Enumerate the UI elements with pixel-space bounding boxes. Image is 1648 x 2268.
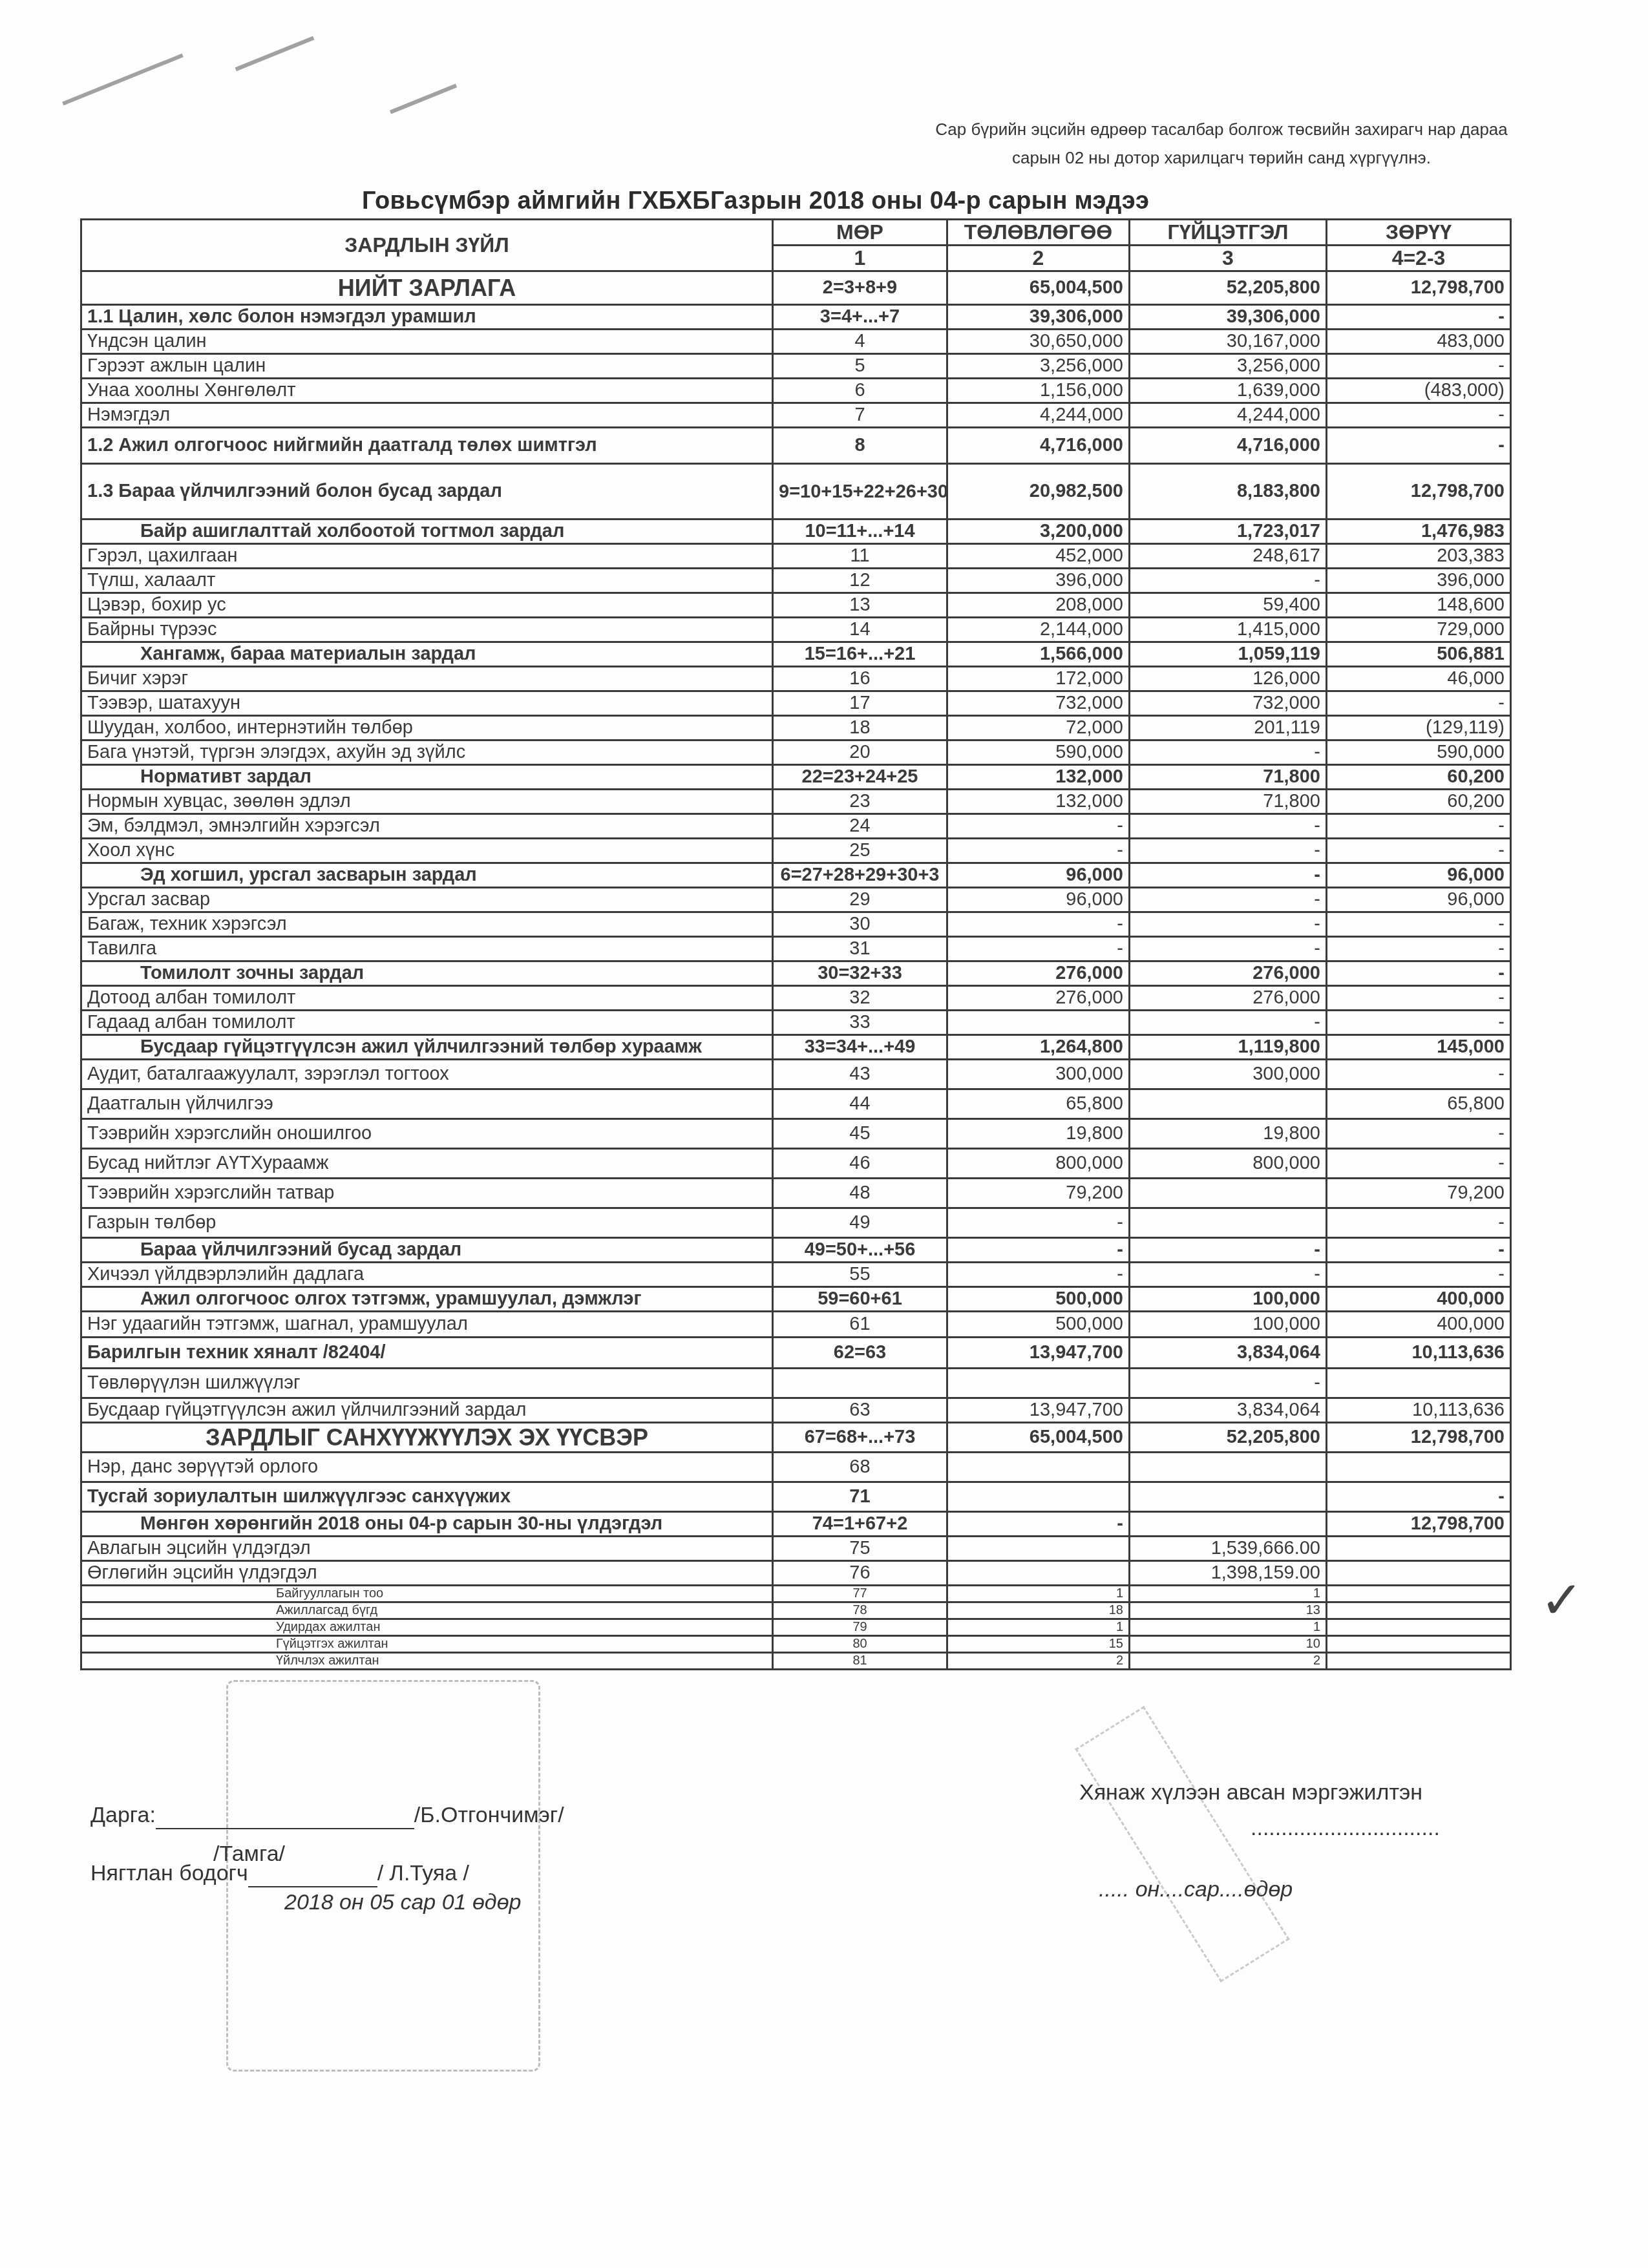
- actual-value: 100,000: [1130, 1287, 1327, 1312]
- plan-value: 72,000: [947, 716, 1130, 740]
- row-number: 6: [773, 379, 947, 403]
- table-row: Түлш, халаалт12396,000-396,000: [81, 569, 1511, 593]
- actual-value: 3,834,064: [1130, 1398, 1327, 1423]
- plan-value: 396,000: [947, 569, 1130, 593]
- table-row: Хангамж, бараа материалын зардал15=16+..…: [81, 642, 1511, 667]
- plan-value: 500,000: [947, 1287, 1130, 1312]
- table-row: Унаа хоолны Хөнгөлөлт61,156,0001,639,000…: [81, 379, 1511, 403]
- received-stamp: [1075, 1706, 1290, 1982]
- row-number: 25: [773, 839, 947, 863]
- plan-value: 732,000: [947, 691, 1130, 716]
- diff-value: 400,000: [1327, 1312, 1511, 1338]
- table-row: Барилгын техник хяналт /82404/62=6313,94…: [81, 1338, 1511, 1369]
- table-row: Тээврийн хэрэгслийн оношилгоо4519,80019,…: [81, 1119, 1511, 1149]
- plan-value: -: [947, 839, 1130, 863]
- row-name: Нормын хувцас, зөөлөн эдлэл: [81, 790, 773, 814]
- table-row: Газрын төлбөр49--: [81, 1208, 1511, 1238]
- actual-value: 1,059,119: [1130, 642, 1327, 667]
- plan-value: -: [947, 1263, 1130, 1287]
- row-name: Багаж, техник хэрэгсэл: [81, 912, 773, 937]
- submission-note: Сар бүрийн эцсийн өдрөөр тасалбар болгож…: [931, 115, 1512, 172]
- plan-value: 4,244,000: [947, 403, 1130, 428]
- diff-value: [1327, 1561, 1511, 1586]
- row-name: Тусгай зориулалтын шилжүүлгээс санхүүжих: [81, 1482, 773, 1512]
- row-name: Бичиг хэрэг: [81, 667, 773, 691]
- row-number: 30: [773, 912, 947, 937]
- plan-value: 79,200: [947, 1179, 1130, 1208]
- plan-value: 276,000: [947, 986, 1130, 1011]
- row-number: 24: [773, 814, 947, 839]
- row-number: 59=60+61: [773, 1287, 947, 1312]
- diff-value: 396,000: [1327, 569, 1511, 593]
- staff-name: Ажиллагсад бүгд: [81, 1602, 773, 1619]
- reviewer-signature-line: ...............................: [1251, 1816, 1440, 1841]
- row-name: Газрын төлбөр: [81, 1208, 773, 1238]
- diff-value: 483,000: [1327, 330, 1511, 354]
- reviewer-date: ..... он....сар....өдөр: [1099, 1877, 1293, 1902]
- row-name: Хангамж, бараа материалын зардал: [81, 642, 773, 667]
- table-row: Өглөгийн эцсийн үлдэгдэл761,398,159.00: [81, 1561, 1511, 1586]
- row-number: 43: [773, 1060, 947, 1089]
- diff-value: -: [1327, 839, 1511, 863]
- table-row: Эд хогшил, урсгал засварын зардал6=27+28…: [81, 863, 1511, 888]
- plan-value: -: [947, 1208, 1130, 1238]
- row-number: 71: [773, 1482, 947, 1512]
- staff-actual: 10: [1130, 1636, 1327, 1653]
- diff-value: -: [1327, 1011, 1511, 1035]
- actual-value: 732,000: [1130, 691, 1327, 716]
- diff-value: 96,000: [1327, 863, 1511, 888]
- row-name: Эм, бэлдмэл, эмнэлгийн хэрэгсэл: [81, 814, 773, 839]
- row-number: 44: [773, 1089, 947, 1119]
- table-row: Цэвэр, бохир ус13208,00059,400148,600: [81, 593, 1511, 618]
- staff-name: Байгууллагын тоо: [81, 1586, 773, 1602]
- diff-value: 145,000: [1327, 1035, 1511, 1060]
- actual-value: 39,306,000: [1130, 305, 1327, 330]
- plan-value: 500,000: [947, 1312, 1130, 1338]
- table-row: Нормын хувцас, зөөлөн эдлэл23132,00071,8…: [81, 790, 1511, 814]
- plan-value: [947, 1561, 1130, 1586]
- diff-value: 400,000: [1327, 1287, 1511, 1312]
- diff-value: 65,800: [1327, 1089, 1511, 1119]
- plan-value: 208,000: [947, 593, 1130, 618]
- diff-value: [1327, 1369, 1511, 1398]
- staff-actual: 2: [1130, 1653, 1327, 1670]
- diff-value: 203,383: [1327, 544, 1511, 569]
- staff-plan: 18: [947, 1602, 1130, 1619]
- header-diff-no: 4=2-3: [1327, 246, 1511, 271]
- actual-value: 1,415,000: [1130, 618, 1327, 642]
- actual-value: 4,244,000: [1130, 403, 1327, 428]
- plan-value: 19,800: [947, 1119, 1130, 1149]
- row-name: Ажил олгогчоос олгох тэтгэмж, урамшуулал…: [81, 1287, 773, 1312]
- head-signature-block: Дарга: /Б.Отгончимэг/: [90, 1803, 564, 1829]
- table-row: Нормативт зардал22=23+24+25132,00071,800…: [81, 765, 1511, 790]
- staff-actual: 1: [1130, 1619, 1327, 1636]
- head-name: /Б.Отгончимэг/: [414, 1803, 564, 1827]
- row-number: 20: [773, 740, 947, 765]
- check-mark-icon: ✓: [1540, 1570, 1583, 1630]
- table-row: Тээврийн хэрэгслийн татвар4879,20079,200: [81, 1179, 1511, 1208]
- actual-value: 4,716,000: [1130, 428, 1327, 464]
- staff-diff: [1327, 1602, 1511, 1619]
- head-signature-line: [156, 1803, 414, 1829]
- row-name: Тээврийн хэрэгслийн оношилгоо: [81, 1119, 773, 1149]
- plan-value: 1,264,800: [947, 1035, 1130, 1060]
- staff-actual: 1: [1130, 1586, 1327, 1602]
- diff-value: 506,881: [1327, 642, 1511, 667]
- row-name: Бусад нийтлэг АҮТХураамж: [81, 1149, 773, 1179]
- plan-value: 13,947,700: [947, 1398, 1130, 1423]
- header-diff: ЗӨРҮҮ: [1327, 220, 1511, 246]
- staff-name: Удирдах ажилтан: [81, 1619, 773, 1636]
- row-name: Цэвэр, бохир ус: [81, 593, 773, 618]
- table-row: Даатгалын үйлчилгээ4465,80065,800: [81, 1089, 1511, 1119]
- plan-value: 1,566,000: [947, 642, 1130, 667]
- row-name: Тээвэр, шатахуун: [81, 691, 773, 716]
- diff-value: 148,600: [1327, 593, 1511, 618]
- diff-value: -: [1327, 986, 1511, 1011]
- staff-row: 81: [773, 1653, 947, 1670]
- plan-value: 96,000: [947, 863, 1130, 888]
- row-name: Төвлөрүүлэн шилжүүлэг: [81, 1369, 773, 1398]
- accountant-name: / Л.Туяа /: [377, 1861, 469, 1885]
- staff-name: Үйлчлэх ажилтан: [81, 1653, 773, 1670]
- table-row: Төвлөрүүлэн шилжүүлэг-: [81, 1369, 1511, 1398]
- row-name: Гэрэл, цахилгаан: [81, 544, 773, 569]
- diff-value: 79,200: [1327, 1179, 1511, 1208]
- diff-value: -: [1327, 428, 1511, 464]
- diff-value: 590,000: [1327, 740, 1511, 765]
- actual-value: 71,800: [1130, 765, 1327, 790]
- actual-value: -: [1130, 937, 1327, 961]
- staff-diff: [1327, 1636, 1511, 1653]
- actual-value: 1,639,000: [1130, 379, 1327, 403]
- row-name: Авлагын эцсийн үлдэгдэл: [81, 1537, 773, 1561]
- row-number: 76: [773, 1561, 947, 1586]
- plan-value: 65,004,500: [947, 1423, 1130, 1453]
- diff-value: 12,798,700: [1327, 464, 1511, 520]
- actual-value: 300,000: [1130, 1060, 1327, 1089]
- plan-value: -: [947, 814, 1130, 839]
- diff-value: 10,113,636: [1327, 1398, 1511, 1423]
- diff-value: 729,000: [1327, 618, 1511, 642]
- row-number: 18: [773, 716, 947, 740]
- plan-value: 172,000: [947, 667, 1130, 691]
- expense-report-table: ЗАРДЛЫН ЗҮЙЛ МӨР ТӨЛӨВЛӨГӨӨ ГҮЙЦЭТГЭЛ ЗӨ…: [80, 218, 1512, 1670]
- row-number: 15=16+...+21: [773, 642, 947, 667]
- row-name: НИЙТ ЗАРЛАГА: [81, 271, 773, 305]
- head-label: Дарга:: [90, 1803, 156, 1827]
- diff-value: -: [1327, 912, 1511, 937]
- diff-value: 10,113,636: [1327, 1338, 1511, 1369]
- plan-value: 65,004,500: [947, 271, 1130, 305]
- row-number: 12: [773, 569, 947, 593]
- table-row: НИЙТ ЗАРЛАГА2=3+8+965,004,50052,205,8001…: [81, 271, 1511, 305]
- row-name: Гадаад албан томилолт: [81, 1011, 773, 1035]
- table-row: Байрны түрээс142,144,0001,415,000729,000: [81, 618, 1511, 642]
- table-row: Багаж, техник хэрэгсэл30---: [81, 912, 1511, 937]
- staff-row: 78: [773, 1602, 947, 1619]
- row-name: Аудит, баталгаажуулалт, зэрэглэл тогтоох: [81, 1060, 773, 1089]
- plan-value: 20,982,500: [947, 464, 1130, 520]
- table-row: Бичиг хэрэг16172,000126,00046,000: [81, 667, 1511, 691]
- actual-value: 248,617: [1130, 544, 1327, 569]
- table-row: Нэмэгдэл74,244,0004,244,000-: [81, 403, 1511, 428]
- accountant-signature-line: [248, 1861, 377, 1887]
- table-row: Бага үнэтэй, түргэн элэгдэх, ахуйн эд зү…: [81, 740, 1511, 765]
- actual-value: 1,723,017: [1130, 520, 1327, 544]
- diff-value: -: [1327, 403, 1511, 428]
- diff-value: -: [1327, 1238, 1511, 1263]
- row-number: 17: [773, 691, 947, 716]
- accountant-label: Нягтлан бодогч: [90, 1861, 248, 1885]
- actual-value: 201,119: [1130, 716, 1327, 740]
- actual-value: -: [1130, 912, 1327, 937]
- diff-value: 60,200: [1327, 765, 1511, 790]
- staff-row: 80: [773, 1636, 947, 1653]
- plan-value: 132,000: [947, 765, 1130, 790]
- table-row: Гадаад албан томилолт33--: [81, 1011, 1511, 1035]
- diff-value: -: [1327, 961, 1511, 986]
- table-row: Тусгай зориулалтын шилжүүлгээс санхүүжих…: [81, 1482, 1511, 1512]
- plan-value: 452,000: [947, 544, 1130, 569]
- actual-value: -: [1130, 863, 1327, 888]
- plan-value: -: [947, 1512, 1130, 1537]
- row-number: 14: [773, 618, 947, 642]
- row-number: 48: [773, 1179, 947, 1208]
- table-row: Байр ашиглалттай холбоотой тогтмол зарда…: [81, 520, 1511, 544]
- plan-value: 39,306,000: [947, 305, 1130, 330]
- actual-value: -: [1130, 1369, 1327, 1398]
- table-row: Хоол хүнс25---: [81, 839, 1511, 863]
- row-name: Үндсэн цалин: [81, 330, 773, 354]
- row-number: 55: [773, 1263, 947, 1287]
- actual-value: -: [1130, 569, 1327, 593]
- row-number: 63: [773, 1398, 947, 1423]
- diff-value: (483,000): [1327, 379, 1511, 403]
- table-row: 1.3 Бараа үйлчилгээний болон бусад зарда…: [81, 464, 1511, 520]
- diff-value: 96,000: [1327, 888, 1511, 912]
- scan-mark: [62, 54, 184, 105]
- row-number: 49=50+...+56: [773, 1238, 947, 1263]
- plan-value: 30,650,000: [947, 330, 1130, 354]
- actual-value: 1,398,159.00: [1130, 1561, 1327, 1586]
- row-name: Бусдаар гүйцэтгүүлсэн ажил үйлчилгээний …: [81, 1035, 773, 1060]
- row-number: 61: [773, 1312, 947, 1338]
- table-row: Гэрээт ажлын цалин53,256,0003,256,000-: [81, 354, 1511, 379]
- row-number: 67=68+...+73: [773, 1423, 947, 1453]
- row-name: Өглөгийн эцсийн үлдэгдэл: [81, 1561, 773, 1586]
- diff-value: -: [1327, 814, 1511, 839]
- table-row: Мөнгөн хөрөнгийн 2018 оны 04-р сарын 30-…: [81, 1512, 1511, 1537]
- diff-value: 12,798,700: [1327, 271, 1511, 305]
- actual-value: -: [1130, 888, 1327, 912]
- accountant-signature-block: Нягтлан бодогч / Л.Туяа /: [90, 1861, 469, 1887]
- row-name: Мөнгөн хөрөнгийн 2018 оны 04-р сарын 30-…: [81, 1512, 773, 1537]
- plan-value: 300,000: [947, 1060, 1130, 1089]
- row-number: 5: [773, 354, 947, 379]
- row-number: 8: [773, 428, 947, 464]
- plan-value: [947, 1482, 1130, 1512]
- row-number: 33: [773, 1011, 947, 1035]
- staff-row: Гүйцэтгэх ажилтан801510: [81, 1636, 1511, 1653]
- plan-value: 132,000: [947, 790, 1130, 814]
- table-row: Бусдаар гүйцэтгүүлсэн ажил үйлчилгээний …: [81, 1398, 1511, 1423]
- diff-value: 12,798,700: [1327, 1512, 1511, 1537]
- table-row: Дотоод албан томилолт32276,000276,000-: [81, 986, 1511, 1011]
- scan-mark: [390, 84, 457, 114]
- plan-value: -: [947, 912, 1130, 937]
- plan-value: [947, 1537, 1130, 1561]
- row-name: 1.1 Цалин, хөлс болон нэмэгдэл урамшил: [81, 305, 773, 330]
- plan-value: -: [947, 1238, 1130, 1263]
- table-row: Авлагын эцсийн үлдэгдэл751,539,666.00: [81, 1537, 1511, 1561]
- row-name: Даатгалын үйлчилгээ: [81, 1089, 773, 1119]
- actual-value: [1130, 1089, 1327, 1119]
- row-number: 9=10+15+22+26+30+33 +49+57+59+62+64: [773, 464, 947, 520]
- row-name: Барилгын техник хяналт /82404/: [81, 1338, 773, 1369]
- diff-value: 46,000: [1327, 667, 1511, 691]
- header-row-no: 1: [773, 246, 947, 271]
- staff-row: Удирдах ажилтан7911: [81, 1619, 1511, 1636]
- plan-value: 276,000: [947, 961, 1130, 986]
- row-number: 74=1+67+2: [773, 1512, 947, 1537]
- plan-value: 1,156,000: [947, 379, 1130, 403]
- actual-value: 52,205,800: [1130, 1423, 1327, 1453]
- row-name: Шуудан, холбоо, интернэтийн төлбөр: [81, 716, 773, 740]
- actual-value: 59,400: [1130, 593, 1327, 618]
- actual-value: 8,183,800: [1130, 464, 1327, 520]
- row-name: Түлш, халаалт: [81, 569, 773, 593]
- table-row: Урсгал засвар2996,000-96,000: [81, 888, 1511, 912]
- diff-value: 60,200: [1327, 790, 1511, 814]
- plan-value: 65,800: [947, 1089, 1130, 1119]
- row-name: Тавилга: [81, 937, 773, 961]
- diff-value: -: [1327, 1149, 1511, 1179]
- table-row: Бараа үйлчилгээний бусад зардал49=50+...…: [81, 1238, 1511, 1263]
- actual-value: 1,539,666.00: [1130, 1537, 1327, 1561]
- row-name: 1.3 Бараа үйлчилгээний болон бусад зарда…: [81, 464, 773, 520]
- row-number: 62=63: [773, 1338, 947, 1369]
- actual-value: 126,000: [1130, 667, 1327, 691]
- staff-plan: 2: [947, 1653, 1130, 1670]
- staff-row: 77: [773, 1586, 947, 1602]
- plan-value: 590,000: [947, 740, 1130, 765]
- scan-mark: [235, 36, 315, 71]
- actual-value: 1,119,800: [1130, 1035, 1327, 1060]
- table-row: 1.1 Цалин, хөлс болон нэмэгдэл урамшил3=…: [81, 305, 1511, 330]
- document-page: Сар бүрийн эцсийн өдрөөр тасалбар болгож…: [0, 0, 1648, 2268]
- row-number: 2=3+8+9: [773, 271, 947, 305]
- diff-value: -: [1327, 1263, 1511, 1287]
- row-name: Эд хогшил, урсгал засварын зардал: [81, 863, 773, 888]
- row-name: ЗАРДЛЫГ САНХҮҮЖҮҮЛЭХ ЭХ ҮҮСВЭР: [81, 1423, 773, 1453]
- actual-value: [1130, 1512, 1327, 1537]
- row-number: 68: [773, 1453, 947, 1482]
- actual-value: 276,000: [1130, 961, 1327, 986]
- row-name: Гэрээт ажлын цалин: [81, 354, 773, 379]
- row-name: 1.2 Ажил олгогчоос нийгмийн даатгалд төл…: [81, 428, 773, 464]
- row-number: 33=34+...+49: [773, 1035, 947, 1060]
- diff-value: [1327, 1537, 1511, 1561]
- plan-value: -: [947, 937, 1130, 961]
- diff-value: -: [1327, 305, 1511, 330]
- plan-value: [947, 1011, 1130, 1035]
- row-name: Байр ашиглалттай холбоотой тогтмол зарда…: [81, 520, 773, 544]
- header-plan: ТӨЛӨВЛӨГӨӨ: [947, 220, 1130, 246]
- actual-value: -: [1130, 1238, 1327, 1263]
- row-name: Нэр, данс зөрүүтэй орлого: [81, 1453, 773, 1482]
- row-number: 23: [773, 790, 947, 814]
- row-number: 29: [773, 888, 947, 912]
- plan-value: 96,000: [947, 888, 1130, 912]
- diff-value: -: [1327, 1208, 1511, 1238]
- row-name: Бараа үйлчилгээний бусад зардал: [81, 1238, 773, 1263]
- row-name: Хоол хүнс: [81, 839, 773, 863]
- table-row: Бусад нийтлэг АҮТХураамж46800,000800,000…: [81, 1149, 1511, 1179]
- table-row: Эм, бэлдмэл, эмнэлгийн хэрэгсэл24---: [81, 814, 1511, 839]
- staff-plan: 15: [947, 1636, 1130, 1653]
- row-name: Нэг удаагийн тэтгэмж, шагнал, урамшуулал: [81, 1312, 773, 1338]
- diff-value: 12,798,700: [1327, 1423, 1511, 1453]
- header-actual: ГҮЙЦЭТГЭЛ: [1130, 220, 1327, 246]
- actual-value: 100,000: [1130, 1312, 1327, 1338]
- actual-value: 30,167,000: [1130, 330, 1327, 354]
- actual-value: [1130, 1208, 1327, 1238]
- actual-value: 71,800: [1130, 790, 1327, 814]
- row-number: 45: [773, 1119, 947, 1149]
- plan-value: 13,947,700: [947, 1338, 1130, 1369]
- actual-value: [1130, 1453, 1327, 1482]
- row-number: 46: [773, 1149, 947, 1179]
- diff-value: -: [1327, 354, 1511, 379]
- table-row: Нэг удаагийн тэтгэмж, шагнал, урамшуулал…: [81, 1312, 1511, 1338]
- plan-value: 800,000: [947, 1149, 1130, 1179]
- plan-value: 4,716,000: [947, 428, 1130, 464]
- staff-row: Ажиллагсад бүгд781813: [81, 1602, 1511, 1619]
- row-name: Бусдаар гүйцэтгүүлсэн ажил үйлчилгээний …: [81, 1398, 773, 1423]
- reviewer-label: Хянаж хүлээн авсан мэргэжилтэн: [1079, 1780, 1422, 1805]
- diff-value: -: [1327, 1060, 1511, 1089]
- row-number: 3=4+...+7: [773, 305, 947, 330]
- row-number: 6=27+28+29+30+3: [773, 863, 947, 888]
- header-actual-no: 3: [1130, 246, 1327, 271]
- staff-diff: [1327, 1653, 1511, 1670]
- row-name: Бага үнэтэй, түргэн элэгдэх, ахуйн эд зү…: [81, 740, 773, 765]
- actual-value: 52,205,800: [1130, 271, 1327, 305]
- table-row: Аудит, баталгаажуулалт, зэрэглэл тогтоох…: [81, 1060, 1511, 1089]
- table-row: Тавилга31---: [81, 937, 1511, 961]
- actual-value: 800,000: [1130, 1149, 1327, 1179]
- row-number: 22=23+24+25: [773, 765, 947, 790]
- row-number: 13: [773, 593, 947, 618]
- table-row: Тээвэр, шатахуун17732,000732,000-: [81, 691, 1511, 716]
- table-row: Шуудан, холбоо, интернэтийн төлбөр1872,0…: [81, 716, 1511, 740]
- staff-name: Гүйцэтгэх ажилтан: [81, 1636, 773, 1653]
- actual-value: -: [1130, 839, 1327, 863]
- row-number: 32: [773, 986, 947, 1011]
- row-number: 30=32+33: [773, 961, 947, 986]
- staff-row: 79: [773, 1619, 947, 1636]
- staff-row: Байгууллагын тоо7711: [81, 1586, 1511, 1602]
- table-row: Бусдаар гүйцэтгүүлсэн ажил үйлчилгээний …: [81, 1035, 1511, 1060]
- row-number: [773, 1369, 947, 1398]
- actual-value: 276,000: [1130, 986, 1327, 1011]
- staff-actual: 13: [1130, 1602, 1327, 1619]
- table-row: Ажил олгогчоос олгох тэтгэмж, урамшуулал…: [81, 1287, 1511, 1312]
- diff-value: (129,119): [1327, 716, 1511, 740]
